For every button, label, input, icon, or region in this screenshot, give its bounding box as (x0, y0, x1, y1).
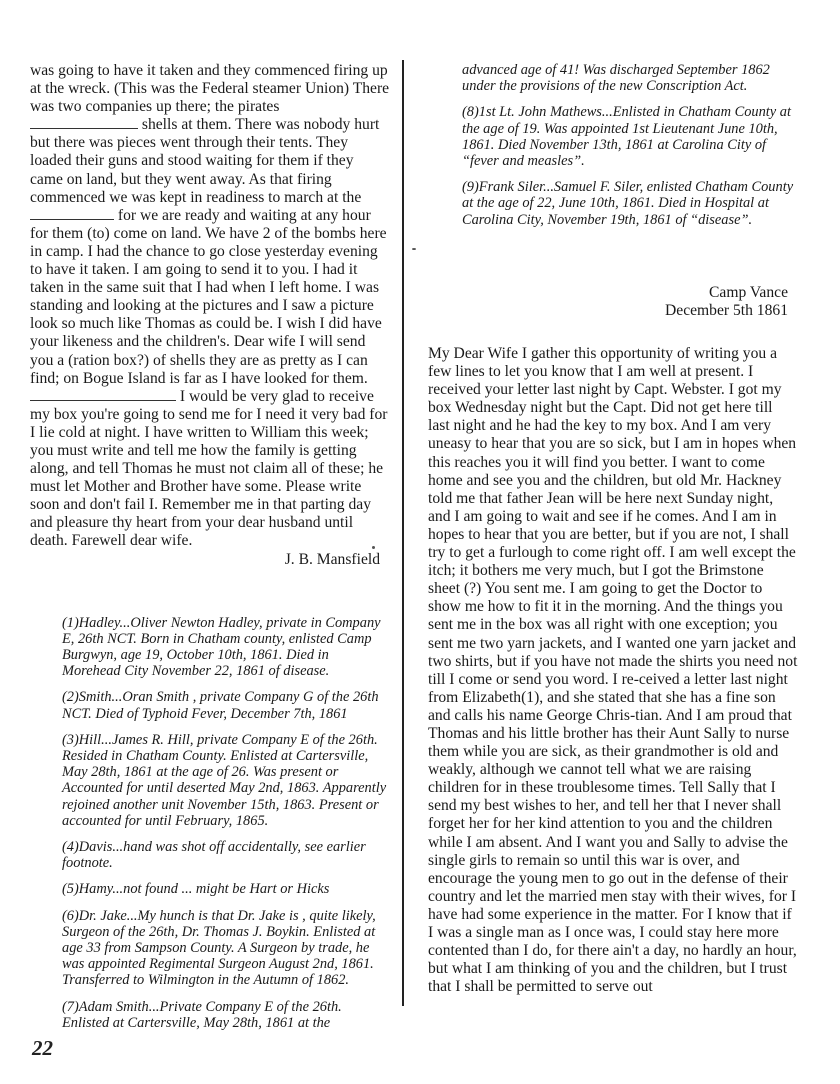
footnote-4: (4)Davis...hand was shot off accidentall… (62, 839, 390, 871)
footnote-6: (6)Dr. Jake...My hunch is that Dr. Jake … (62, 908, 390, 989)
right-column: advanced age of 41! Was discharged Septe… (428, 4, 798, 996)
footnote-3: (3)Hill...James R. Hill, private Company… (62, 732, 390, 829)
letter-text-part-3: for we are ready and waiting at any hour… (30, 207, 387, 387)
blank-line (30, 116, 138, 129)
footnote-8: (8)1st Lt. John Mathews...Enlisted in Ch… (462, 104, 798, 169)
signature: J. B. Mansfield (30, 551, 390, 569)
page-number: 22 (32, 1036, 53, 1061)
footnote-7: (7)Adam Smith...Private Company E of the… (62, 999, 390, 1031)
letter-continuation: was going to have it taken and they comm… (30, 62, 390, 551)
letter-body: My Dear Wife I gather this opportunity o… (428, 345, 798, 996)
letter-date: December 5th 1861 (428, 302, 788, 321)
footnotes-left: (1)Hadley...Oliver Newton Hadley, privat… (30, 615, 390, 1031)
letter-place: Camp Vance (428, 284, 788, 303)
footnotes-right: advanced age of 41! Was discharged Septe… (428, 62, 798, 228)
letter-text-part-2: shells at them. There was nobody hurt bu… (30, 116, 379, 205)
letter-heading: Camp Vance December 5th 1861 (428, 284, 788, 321)
blank-line (30, 207, 114, 220)
scan-speck (412, 248, 416, 250)
scan-speck (372, 546, 375, 549)
column-divider (402, 60, 404, 1006)
document-page: was going to have it taken and they comm… (0, 0, 840, 1084)
footnote-9: (9)Frank Siler...Samuel F. Siler, enlist… (462, 179, 798, 228)
footnote-1: (1)Hadley...Oliver Newton Hadley, privat… (62, 615, 390, 680)
blank-line (30, 388, 176, 401)
footnote-5: (5)Hamy...not found ... might be Hart or… (62, 881, 390, 897)
letter-text: My Dear Wife I gather this opportunity o… (428, 345, 798, 996)
letter-text-part-1: was going to have it taken and they comm… (30, 62, 389, 115)
footnote-7-continued: advanced age of 41! Was discharged Septe… (462, 62, 798, 94)
left-column: was going to have it taken and they comm… (30, 62, 390, 1041)
letter-text-part-4: I would be very glad to receive my box y… (30, 388, 387, 550)
footnote-2: (2)Smith...Oran Smith , private Company … (62, 689, 390, 721)
